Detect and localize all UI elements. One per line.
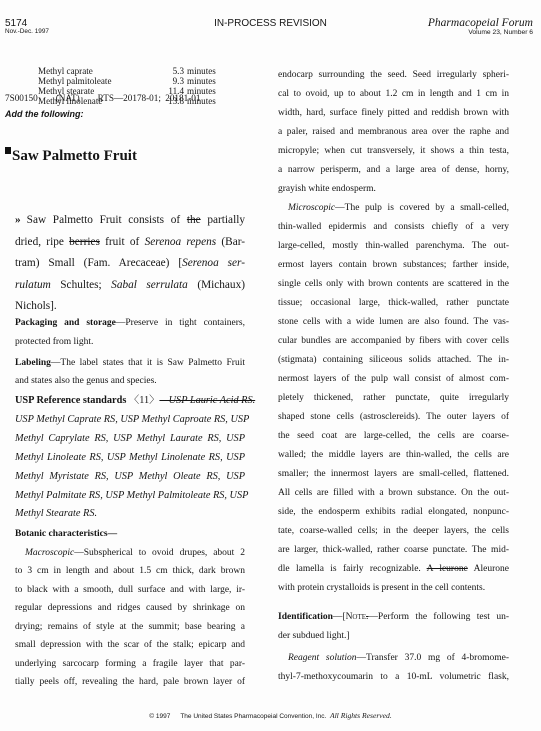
identification-section: Identification—[Note.—Perform the follow… [278,608,509,687]
revision-identifier: 7S00150(NAT)RTS—20178-01; 20181-01 [5,93,218,103]
table-row: Methyl caprate5.3minutes [38,66,216,76]
time-unit: minutes [184,76,216,86]
packaging-section: Packaging and storage—Preserve in tight … [15,314,245,391]
add-following-note: Add the following: [5,109,83,119]
square-bullet-icon [5,147,11,154]
labeling-section: Labeling—The label states that it is Saw… [15,354,245,373]
retention-time: 5.3 [138,66,184,76]
journal-name: Pharmacopeial Forum [428,18,533,29]
deleted-text: the [187,214,201,226]
retention-time: 9.3 [138,76,184,86]
issue-date: Nov.-Dec. 1997 [5,28,49,36]
begin-revision-mark: » [15,214,21,226]
compound-name: Methyl palmitoleate [38,76,138,86]
reference-standards-section: USP Reference standards 〈11〉—USP Lauric … [15,392,245,524]
monograph-title: Saw Palmetto Fruit [5,147,137,165]
copyright-year: © 1997 [149,713,170,720]
revision-code: 7S00150 [5,93,38,103]
deleted-text: —USP Lauric Acid RS. [159,395,255,406]
subsection-label: Macroscopic [25,548,74,558]
publisher: The United States Pharmacopeial Conventi… [180,713,326,720]
section-label: Labeling [15,358,51,368]
macroscopic-continued: endocarp surrounding the seed. Seed irre… [278,66,509,199]
page-footer: © 1997The United States Pharmacopeial Co… [0,711,541,720]
subsection-label: Reagent solution [288,653,357,663]
section-label: USP Reference standards [15,395,126,406]
deleted-text: berries [69,236,100,248]
subsection-label: Microscopic [288,203,335,213]
time-unit: minutes [184,66,216,76]
rights-notice: All Rights Reserved. [330,711,392,720]
section-label: Identification [278,612,333,622]
table-row: Methyl palmitoleate9.3minutes [38,76,216,86]
deleted-text: A leurone [427,564,468,574]
botanic-characteristics-section: Botanic characteristics— Macroscopic—Sub… [15,525,245,692]
revision-tag: (NAT) [56,93,80,103]
volume-info: Volume 23, Number 6 [428,29,533,36]
microscopic-section: Microscopic—The pulp is covered by a sma… [278,199,509,598]
section-label: Packaging and storage [15,318,116,328]
definition-paragraph: »Saw Palmetto Fruit consists of the part… [15,210,245,318]
rts-numbers: RTS—20178-01; 20181-01 [98,93,201,103]
page-header-right: Pharmacopeial Forum Volume 23, Number 6 [428,18,533,36]
compound-name: Methyl caprate [38,66,138,76]
section-label: Botanic characteristics— [15,525,245,544]
